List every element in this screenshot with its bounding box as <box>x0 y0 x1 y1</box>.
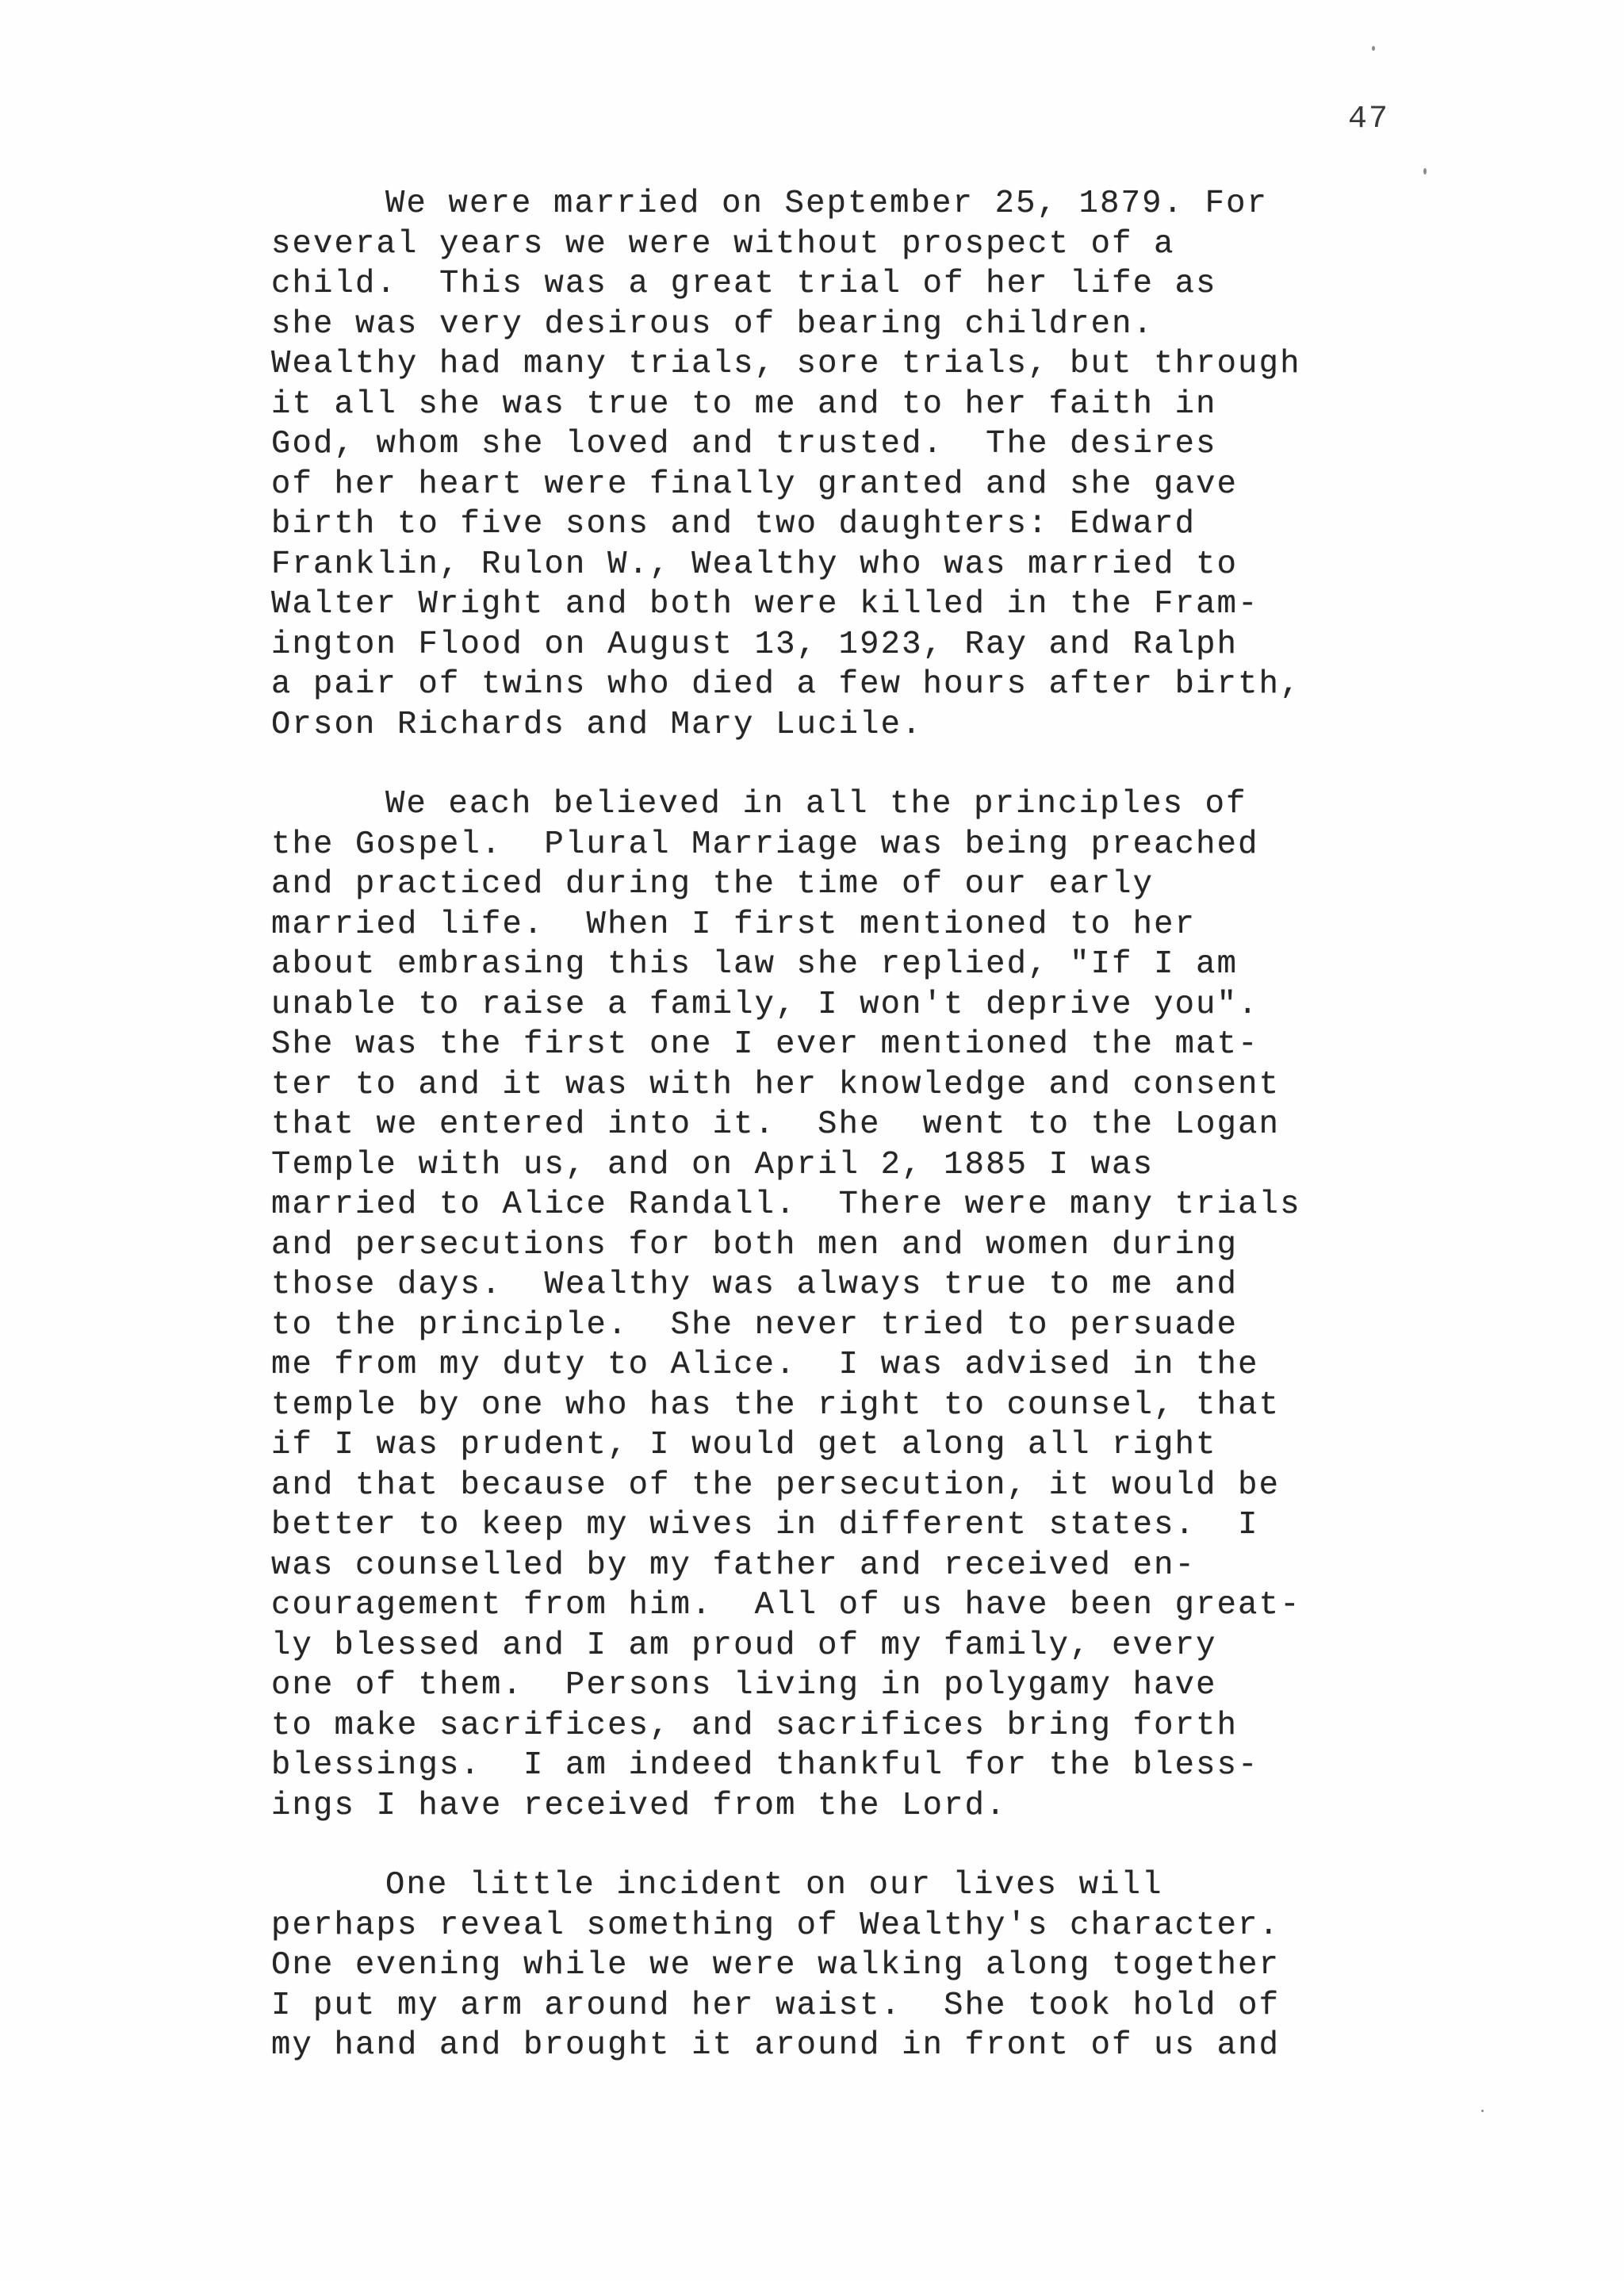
typed-page: 47 We were married on September 25, 1879… <box>0 0 1624 2281</box>
text-line: birth to five sons and two daughters: Ed… <box>271 504 1445 545</box>
text-line: that we entered into it. She went to the… <box>271 1105 1445 1145</box>
text-line: to the principle. She never tried to per… <box>271 1305 1445 1346</box>
text-line: and persecutions for both men and women … <box>271 1225 1445 1266</box>
text-line: temple by one who has the right to couns… <box>271 1386 1445 1426</box>
text-line: Wealthy had many trials, sore trials, bu… <box>271 344 1445 385</box>
text-line: She was the first one I ever mentioned t… <box>271 1025 1445 1065</box>
text-line: One evening while we were walking along … <box>271 1946 1445 1986</box>
text-line: ter to and it was with her knowledge and… <box>271 1065 1445 1106</box>
text-line: God, whom she loved and trusted. The des… <box>271 424 1445 465</box>
text-line: my hand and brought it around in front o… <box>271 2026 1445 2066</box>
text-line: about embrasing this law she replied, "I… <box>271 945 1445 985</box>
scan-speck <box>1481 2110 1484 2112</box>
text-line: Temple with us, and on April 2, 1885 I w… <box>271 1145 1445 1186</box>
text-line: Orson Richards and Mary Lucile. <box>271 705 1445 746</box>
text-line: married life. When I first mentioned to … <box>271 905 1445 945</box>
text-line: if I was prudent, I would get along all … <box>271 1425 1445 1466</box>
text-line: a pair of twins who died a few hours aft… <box>271 665 1445 705</box>
scan-speck <box>1423 168 1427 174</box>
paragraph-gap <box>271 745 1445 784</box>
text-line: We were married on September 25, 1879. F… <box>271 184 1445 224</box>
text-line: I put my arm around her waist. She took … <box>271 1986 1445 2026</box>
text-line: One little incident on our lives will <box>271 1865 1445 1906</box>
text-line: perhaps reveal something of Wealthy's ch… <box>271 1906 1445 1946</box>
text-line: several years we were without prospect o… <box>271 224 1445 265</box>
text-line: ington Flood on August 13, 1923, Ray and… <box>271 625 1445 665</box>
paragraph-marriage: We were married on September 25, 1879. F… <box>271 184 1445 745</box>
text-line: blessings. I am indeed thankful for the … <box>271 1746 1445 1786</box>
text-line: ly blessed and I am proud of my family, … <box>271 1626 1445 1666</box>
text-line: We each believed in all the principles o… <box>271 784 1445 825</box>
text-line: the Gospel. Plural Marriage was being pr… <box>271 825 1445 865</box>
text-line: and that because of the persecution, it … <box>271 1466 1445 1506</box>
paragraph-plural-marriage: We each believed in all the principles o… <box>271 784 1445 1826</box>
text-line: she was very desirous of bearing childre… <box>271 305 1445 345</box>
text-line: those days. Wealthy was always true to m… <box>271 1265 1445 1305</box>
text-line: Franklin, Rulon W., Wealthy who was marr… <box>271 545 1445 585</box>
text-line: child. This was a great trial of her lif… <box>271 264 1445 305</box>
paragraph-incident: One little incident on our lives will pe… <box>271 1865 1445 2066</box>
body-text: We were married on September 25, 1879. F… <box>271 184 1445 2066</box>
text-line: and practiced during the time of our ear… <box>271 864 1445 905</box>
page-number: 47 <box>1348 102 1389 137</box>
text-line: Walter Wright and both were killed in th… <box>271 585 1445 625</box>
text-line: unable to raise a family, I won't depriv… <box>271 985 1445 1025</box>
paragraph-gap <box>271 1826 1445 1865</box>
text-line: was counselled by my father and received… <box>271 1546 1445 1586</box>
text-line: of her heart were finally granted and sh… <box>271 465 1445 505</box>
text-line: better to keep my wives in different sta… <box>271 1505 1445 1546</box>
text-line: me from my duty to Alice. I was advised … <box>271 1345 1445 1386</box>
scan-speck <box>1372 46 1375 51</box>
text-line: couragement from him. All of us have bee… <box>271 1585 1445 1626</box>
text-line: one of them. Persons living in polygamy … <box>271 1666 1445 1706</box>
text-line: it all she was true to me and to her fai… <box>271 385 1445 425</box>
text-line: married to Alice Randall. There were man… <box>271 1185 1445 1225</box>
text-line: ings I have received from the Lord. <box>271 1786 1445 1827</box>
text-line: to make sacrifices, and sacrifices bring… <box>271 1706 1445 1746</box>
